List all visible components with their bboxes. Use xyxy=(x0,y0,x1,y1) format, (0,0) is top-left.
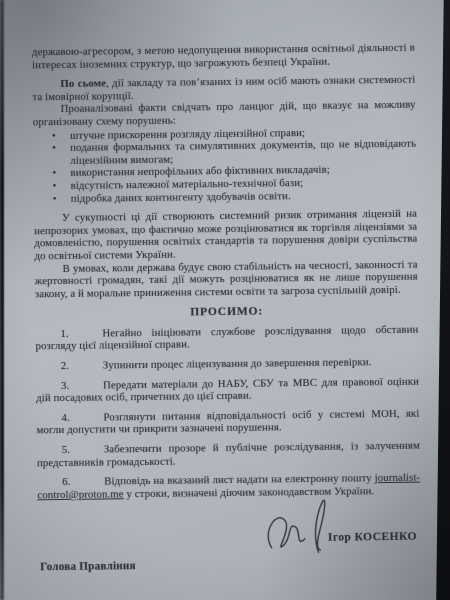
letter-body: державою-агресором, з метою недопущення … xyxy=(0,0,450,600)
bullet-icon: • xyxy=(53,193,57,206)
violations-list: •штучне прискорення розгляду ліцензійної… xyxy=(33,125,417,205)
bullet-icon: • xyxy=(52,142,56,155)
bullet-icon: • xyxy=(53,180,57,193)
request-number: 6. xyxy=(62,476,104,489)
intro-paragraph: державою-агресором, з метою недопущення … xyxy=(32,42,415,72)
request-number: 3. xyxy=(61,379,103,392)
request-number: 5. xyxy=(62,444,104,457)
photo-edge-left xyxy=(0,0,4,600)
scanned-letter-photo: державою-агресором, з метою недопущення … xyxy=(0,0,450,600)
request-item-1: 1.Негайно ініціювати службове розслідува… xyxy=(35,324,418,354)
request-item-6: 6.Відповідь на вказаний лист надати на е… xyxy=(37,472,420,502)
request-number: 1. xyxy=(60,327,102,340)
signature-block: Голова Правління Ігор КОСЕНКО xyxy=(37,501,421,598)
request-item-4: 4.Розглянути питання відповідальності ос… xyxy=(36,407,419,437)
list-item-text: підробка даних контингенту здобувачів ос… xyxy=(71,190,291,205)
seventh-point-lead: По сьоме xyxy=(60,78,106,91)
request-text: Зупинити процес ліцензування до завершен… xyxy=(103,356,372,371)
bullet-icon: • xyxy=(52,130,56,143)
risk-paragraph: У сукупності ці дії створюють системний … xyxy=(34,208,418,263)
moral-paragraph: В умовах, коли держава будує свою стабіл… xyxy=(35,258,418,300)
request-item-3: 3.Передати матеріали до НАБУ, СБУ та МВС… xyxy=(36,375,419,405)
request-number: 4. xyxy=(61,411,103,424)
bullet-icon: • xyxy=(52,167,56,180)
request-item-2: 2.Зупинити процес ліцензування до заверш… xyxy=(36,356,419,373)
signer-name: Ігор КОСЕНКО xyxy=(328,531,417,545)
requests-heading: ПРОСИМО: xyxy=(35,304,418,321)
analysis-paragraph: Проаналізовані факти свідчать про ланцюг… xyxy=(33,99,416,129)
request-item-5: 5.Забезпечити прозоре й публічне розслід… xyxy=(37,440,420,470)
signer-title: Голова Правління xyxy=(40,561,136,575)
request-number: 2. xyxy=(61,360,103,373)
list-item-text: подання формальних та симулятивних докум… xyxy=(70,138,416,167)
